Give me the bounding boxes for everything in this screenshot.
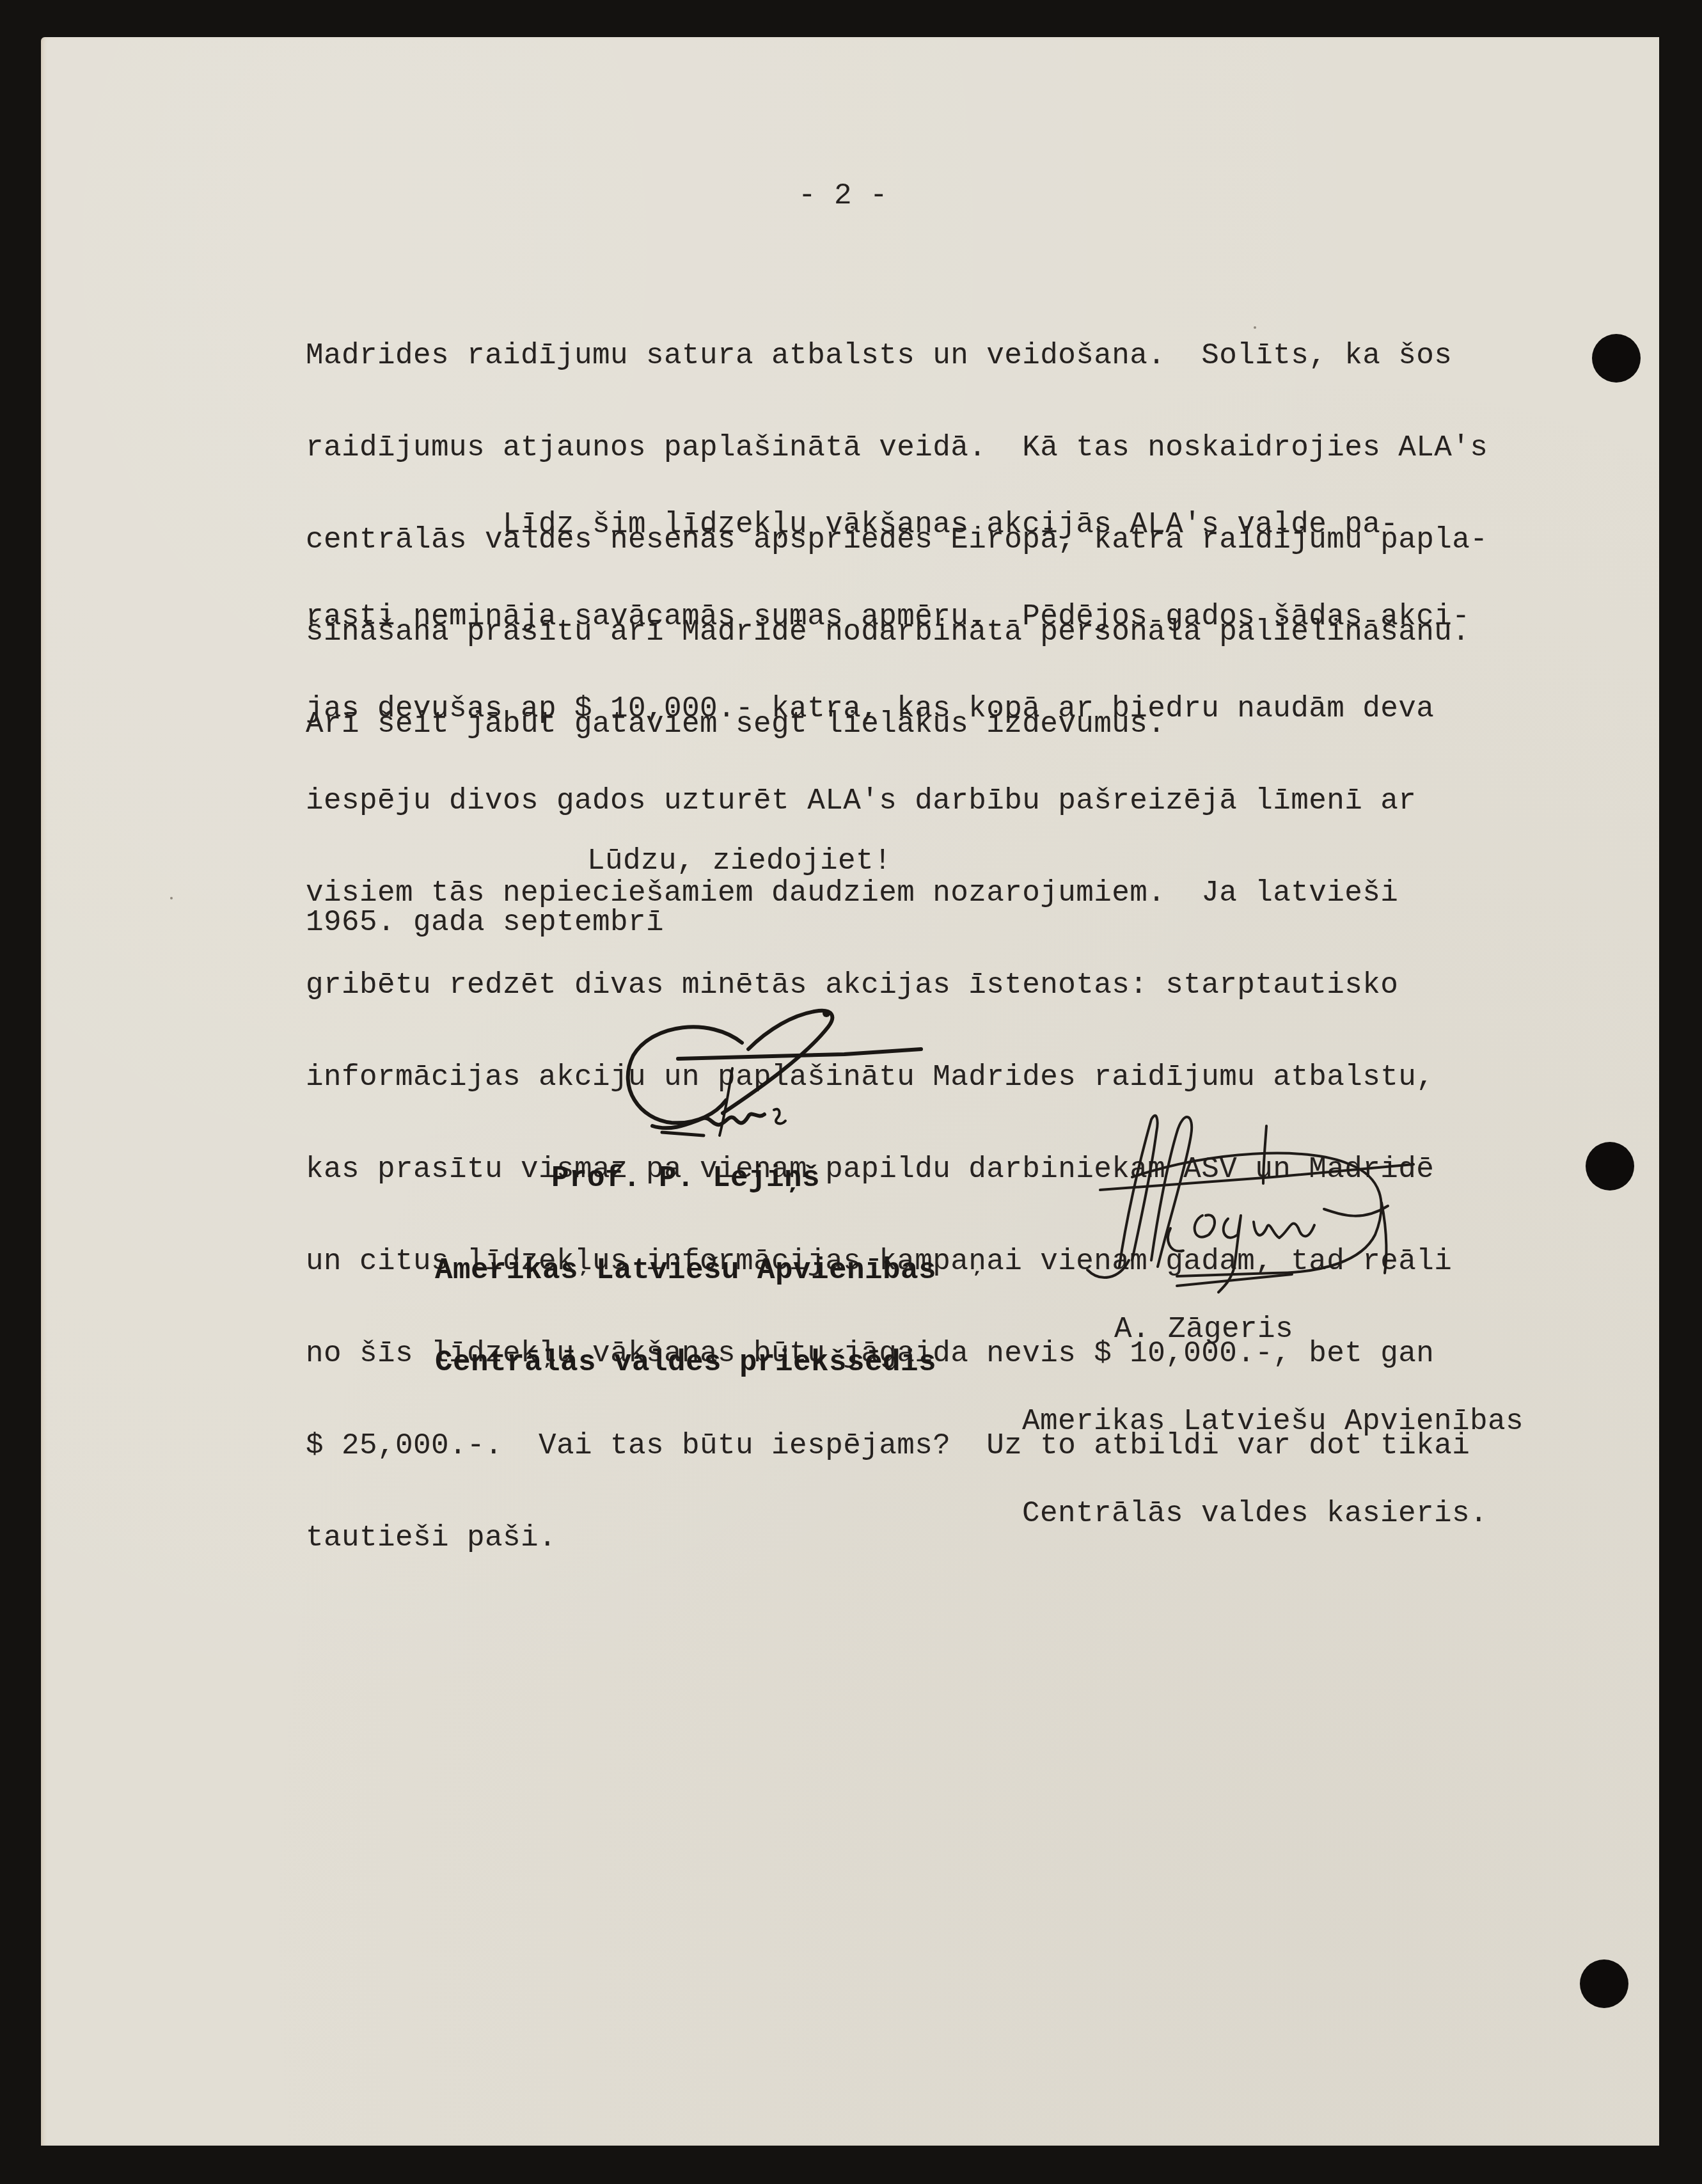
signatory-2-name: A. Zāgeris bbox=[1022, 1314, 1524, 1345]
letter-date: 1965. gada septembrī bbox=[306, 907, 664, 938]
paper-speck bbox=[170, 897, 173, 899]
signatory-1-role: Centrālās valdes priekšsēdis bbox=[435, 1347, 936, 1378]
closing-appeal: Lūdzu, ziedojiet! bbox=[587, 846, 892, 876]
punch-hole-top bbox=[1592, 334, 1641, 383]
punch-hole-middle bbox=[1586, 1142, 1634, 1191]
signatory-2-organization: Amerikas Latviešu Apvienības bbox=[1022, 1406, 1524, 1437]
paragraph-2-line: visiem tās nepieciešamiem daudziem nozar… bbox=[306, 878, 1470, 908]
paragraph-2-line: rasti nemināja savācamās sumas apmēru. P… bbox=[306, 601, 1470, 632]
signatory-2-block: A. Zāgeris Amerikas Latviešu Apvienības … bbox=[1022, 1253, 1524, 1590]
paragraph-1-line: Madrides raidījumu satura atbalsts un ve… bbox=[306, 340, 1488, 371]
page-number: - 2 - bbox=[798, 180, 888, 211]
signatory-1-organization: Amerikas Latviešu Apvienības bbox=[435, 1255, 936, 1286]
paper-speck bbox=[1254, 326, 1256, 329]
punch-hole-bottom bbox=[1580, 1959, 1628, 2008]
signatory-2-role: Centrālās valdes kasieris. bbox=[1022, 1498, 1524, 1529]
paragraph-2-line: gribētu redzēt divas minētās akcijas īst… bbox=[306, 970, 1470, 1001]
scanned-page: - 2 - Madrides raidījumu satura atbalsts… bbox=[0, 0, 1702, 2184]
paragraph-2-line: Līdz šim līdzekļu vākšanas akcijās ALA's… bbox=[306, 509, 1470, 540]
paragraph-2-line: iespēju divos gados uzturēt ALA's darbīb… bbox=[306, 786, 1470, 816]
paragraph-2-line: jas devušas ap $ 10,000.- katra, kas kop… bbox=[306, 693, 1470, 724]
signatory-1-name: Prof. P. Lejiņš bbox=[435, 1163, 936, 1194]
signatory-1-block: Prof. P. Lejiņš Amerikas Latviešu Apvien… bbox=[435, 1102, 936, 1439]
